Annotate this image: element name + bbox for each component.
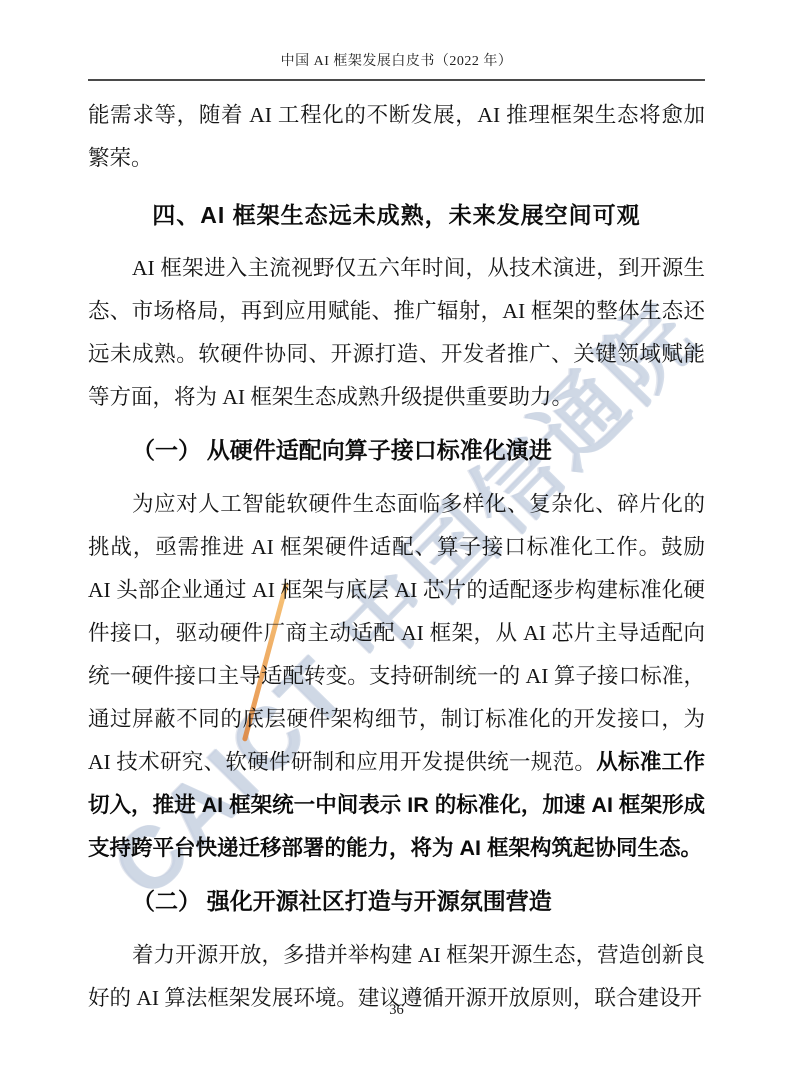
document-page: CAICT 中国信通院 中国 AI 框架发展白皮书（2022 年） 能需求等，随… <box>0 0 793 1077</box>
sub-heading-1: （一） 从硬件适配向算子接口标准化演进 <box>88 431 705 471</box>
page-number: 36 <box>0 1002 793 1019</box>
sub-heading-2: （二） 强化开源社区打造与开源氛围营造 <box>88 882 705 922</box>
hardware-paragraph-regular: 为应对人工智能软硬件生态面临多样化、复杂化、碎片化的挑战，亟需推进 AI 框架硬… <box>88 492 705 774</box>
running-header: 中国 AI 框架发展白皮书（2022 年） <box>88 0 705 70</box>
overview-paragraph: AI 框架进入主流视野仅五六年时间，从技术演进，到开源生态、市场格局，再到应用赋… <box>88 247 705 419</box>
hardware-paragraph: 为应对人工智能软硬件生态面临多样化、复杂化、碎片化的挑战，亟需推进 AI 框架硬… <box>88 483 705 870</box>
page-body: 中国 AI 框架发展白皮书（2022 年） 能需求等，随着 AI 工程化的不断发… <box>88 0 705 1020</box>
main-content: 能需求等，随着 AI 工程化的不断发展，AI 推理框架生态将愈加繁荣。 四、AI… <box>88 94 705 1020</box>
continuation-paragraph: 能需求等，随着 AI 工程化的不断发展，AI 推理框架生态将愈加繁荣。 <box>88 94 705 180</box>
header-divider <box>88 79 705 81</box>
section-heading-4: 四、AI 框架生态远未成熟，未来发展空间可观 <box>88 197 705 233</box>
